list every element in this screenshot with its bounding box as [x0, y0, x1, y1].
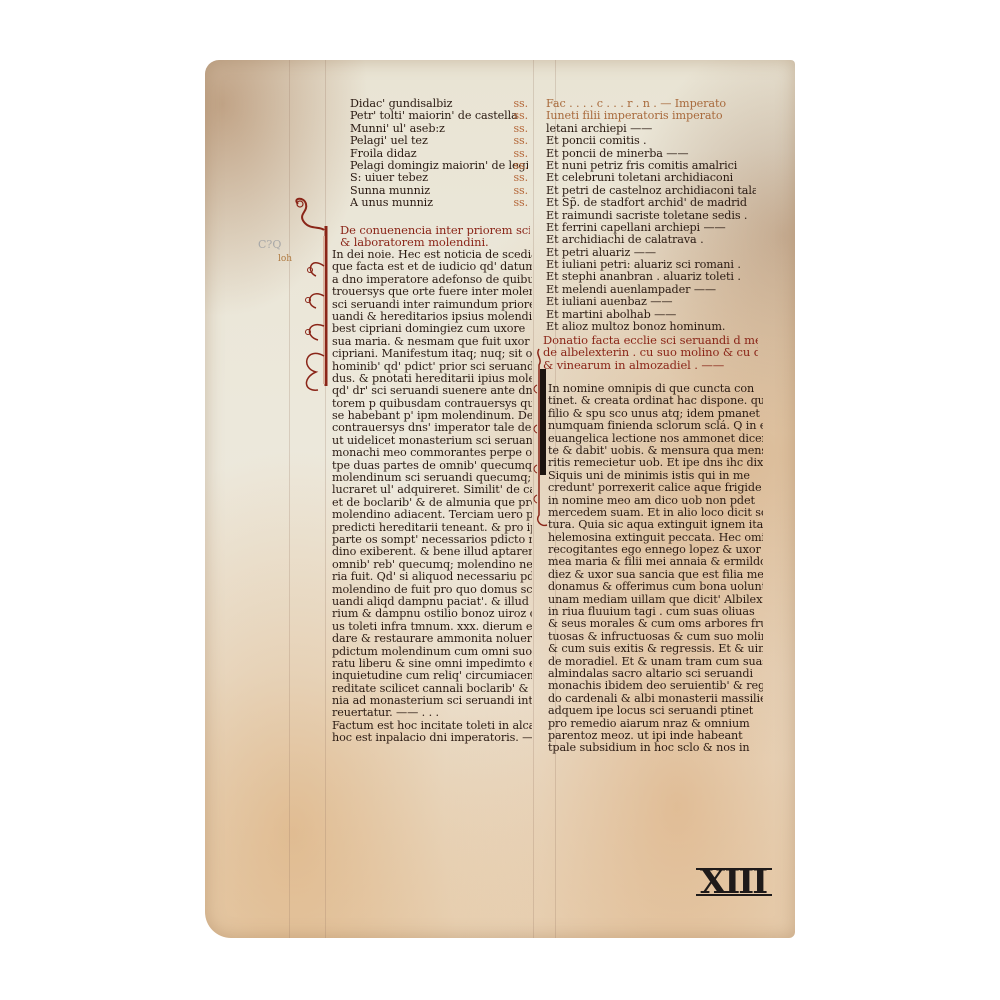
rubric-heading-right: Donatio facta ecclie sci seruandi d medi… — [543, 334, 758, 371]
text-line: hominib' qd' pdict' prior sci seruandi r… — [332, 361, 532, 373]
text-line: qd' dr' sci seruandi suenere ante dnm im… — [332, 385, 532, 397]
folio-number: XIII — [700, 862, 766, 902]
text-line: Siquis uni de minimis istis qui in me — [548, 470, 763, 482]
text-line: torem p quibusdam contrauersys quas int — [332, 398, 532, 410]
rubric-line: & laboratorem molendini. — [340, 236, 530, 248]
text-line: adquem ipe locus sci seruandi ptinet — [548, 705, 763, 717]
text-line: ratu liberu & sine omni impedimto et — [332, 658, 532, 670]
text-line: ritis remecietur uob. Et ipe dns ihc dix… — [548, 457, 763, 469]
text-line: euangelica lectione nos ammonet dicens. … — [548, 433, 763, 445]
text-line: us toleti infra tmnum. xxx. dierum em — [332, 621, 532, 633]
text-line: et de boclarib' & de almunia que predict… — [332, 497, 532, 509]
text-line: Et poncii de minerba —— — [546, 148, 756, 160]
text-line: & cum suis exitis & regressis. Et & uine… — [548, 643, 763, 655]
text-line: diez & uxor sua sancia que est filia mea — [548, 569, 763, 581]
text-line: nia ad monasterium sci seruandi integre — [332, 695, 532, 707]
text-line: predicti hereditarii teneant. & pro ipsa… — [332, 522, 532, 534]
text-line: credunt' porrexerit calice aque frigide — [548, 482, 763, 494]
text-line: sci seruandi inter raimundum priorem sci… — [332, 299, 532, 311]
text-line: Fac . . . . c . . . r . n . — Imperato — [546, 98, 756, 110]
text-line: lucraret ul' adquireret. Similit' de can… — [332, 484, 532, 496]
witness-entry: Pelagi domingiz maiorin' de legion .ss. — [350, 160, 528, 172]
text-line: Et melendi auenlampader —— — [546, 284, 756, 296]
text-line: best cipriani domingiez cum uxore — [332, 323, 532, 335]
text-line: letani archiepi —— — [546, 123, 756, 135]
text-line: te & dabit' uobis. & mensura qua mensi f… — [548, 445, 763, 457]
witness-entry: Froila didazss. — [350, 148, 528, 160]
ruling-line — [289, 60, 290, 938]
text-line: Et martini abolhab —— — [546, 309, 756, 321]
text-line: cipriani. Manifestum itaq; nuq; sit omni… — [332, 348, 532, 360]
text-line: trouersys que orte fuere inter molendinu… — [332, 286, 532, 298]
text-line: Et petri aluariz —— — [546, 247, 756, 259]
witness-entry: S: uiuer tebezss. — [350, 172, 528, 184]
text-line: Et celebruni toletani archidiaconi — [546, 172, 756, 184]
text-line: ut uidelicet monasterium sci seruandi et — [332, 435, 532, 447]
witness-list: Didac' gundisalbizss. Petr' tolti' maior… — [350, 98, 528, 210]
witness-entry: Ã unus munnizss. — [350, 197, 528, 209]
pencil-margin-note: C?Q — [258, 238, 281, 251]
rubric-heading: De conuenencia inter priorem sci seruand… — [340, 224, 530, 249]
text-line: Et nuni petriz fris comitis amalrici — [546, 160, 756, 172]
text-line: Et raimundi sacriste toletane sedis . — [546, 210, 756, 222]
text-line: rium & dampnu ostilio bonoz uiroz cuncta — [332, 608, 532, 620]
text-line: In dei noie. Hec est noticia de scedia — [332, 249, 532, 261]
text-line: parentoz meoz. ut ipi inde habeant — [548, 730, 763, 742]
text-line: Et iuliani auenbaz —— — [546, 296, 756, 308]
witness-entry: Petr' tolti' maiorin' de castellass. — [350, 110, 528, 122]
text-line: dare & restaurare ammonita noluerit. — [332, 633, 532, 645]
text-line: tura. Quia sic aqua extinguit ignem ita — [548, 519, 763, 531]
text-line: hoc est inpalacio dni imperatoris. —— — [332, 732, 532, 744]
text-line: molendino adiacent. Terciam uero partem — [332, 509, 532, 521]
text-line: recogitantes ego ennego lopez & uxor — [548, 544, 763, 556]
text-line: molendinum sci seruandi quecumq; modo — [332, 472, 532, 484]
text-line: Et stephi ananbran . aluariz toleti . — [546, 271, 756, 283]
text-line: Iuneti filii imperatoris imperato — [546, 110, 756, 122]
rubric-line: De conuenencia inter priorem sci seruand… — [340, 224, 530, 236]
text-line: & seus morales & cum oms arbores fruc — [548, 618, 763, 630]
text-line: Et archidiachi de calatrava . — [546, 234, 756, 246]
text-line: helemosina extinguit peccata. Hec omia — [548, 532, 763, 544]
text-line: parte os sompt' necessarios pdicto mole — [332, 534, 532, 546]
text-line: Et petri de castelnoz archidiaconi talau… — [546, 185, 756, 197]
decorated-initial-i-icon — [290, 196, 330, 396]
text-line: Et ferrini capellani archiepi —— — [546, 222, 756, 234]
text-line: do cardenali & albi monasterii massilien — [548, 693, 763, 705]
text-line: reditate scilicet cannali boclarib' & al… — [332, 683, 532, 695]
text-line: filio & spu sco unus atq; idem pmanet p — [548, 408, 763, 420]
charter-text-right: In nomine omnipis di que cuncta con tine… — [548, 383, 763, 755]
witness-entry: Sunna munnizss. — [350, 185, 528, 197]
text-line: mea maria & filii mei annaia & ermildo — [548, 556, 763, 568]
text-line: unam mediam uillam que dicit' Albilexte — [548, 594, 763, 606]
text-line: in nomine meo am dico uob non pdet — [548, 495, 763, 507]
witness-entry: Didac' gundisalbizss. — [350, 98, 528, 110]
text-line: reuertatur. —— . . . — [332, 707, 532, 719]
text-line: a dno imperatore adefonso de quibusdam c… — [332, 274, 532, 286]
text-line: in riua fluuium tagi . cum suas oliuas — [548, 606, 763, 618]
text-line: uandi & hereditarios ipsius molendini ho… — [332, 311, 532, 323]
text-line: Et Sp̃. de stadfort archid' de madrid — [546, 197, 756, 209]
witness-list-right: Fac . . . . c . . . r . n . — Imperato I… — [546, 98, 756, 333]
text-line: monachi meo commorantes perpe omni — [332, 447, 532, 459]
text-line: ria fuit. Qd' si aliquod necessariu pdic… — [332, 571, 532, 583]
text-line: se habebant p' ipm molendinum. De qb' — [332, 410, 532, 422]
text-line: molendino de fuit pro quo domus sci ser — [332, 584, 532, 596]
text-line: que facta est et de iudicio qd' datum es… — [332, 261, 532, 273]
text-line: sua maria. & nesmam que fuit uxor dnici — [332, 336, 532, 348]
text-line: monachis ibidem deo seruientib' & rege — [548, 680, 763, 692]
text-line: tpe duas partes de omnib' quecumq; pe — [332, 460, 532, 472]
text-line: omnib' reb' quecumq; molendino necessa — [332, 559, 532, 571]
text-line: dus. & pnotati hereditarii ipius molendi… — [332, 373, 532, 385]
text-line: Factum est hoc incitate toleti in alcazy… — [332, 720, 532, 732]
text-line: tuosas & infructuosas & cum suo molino — [548, 631, 763, 643]
text-line: pro remedio aiarum nraz & omnium — [548, 718, 763, 730]
witness-entry: Pelagi' uel tezss. — [350, 135, 528, 147]
witness-entry: Munni' ul' aseb:zss. — [350, 123, 528, 135]
text-line: Et poncii comitis . — [546, 135, 756, 147]
rubric-line: de albelexterin . cu suo molino & cu dã … — [543, 346, 758, 358]
text-line: inquietudine cum reliq' circumiacenc he — [332, 670, 532, 682]
text-line: pdictum molendinum cum omni suo appa — [332, 646, 532, 658]
text-line: contrauersys dns' imperator tale dedit i… — [332, 422, 532, 434]
text-line: dino exiberent. & bene illud aptarent. — [332, 546, 532, 558]
text-line: Et iuliani petri: aluariz sci romani . — [546, 259, 756, 271]
rubric-line: Donatio facta ecclie sci seruandi d medi… — [543, 334, 758, 346]
text-line: almindalas sacro altario sci seruandi — [548, 668, 763, 680]
rubric-line: & vinearum in almozadiel . —— — [543, 359, 758, 371]
text-line: tinet. & creata ordinat hac dispone. qui… — [548, 395, 763, 407]
text-line: tpale subsidium in hoc sclo & nos in — [548, 742, 763, 754]
text-line: Et alioz multoz bonoz hominum. — [546, 321, 756, 333]
text-line: mercedem suam. Et in alio loco dicit scr… — [548, 507, 763, 519]
charter-text-left: In dei noie. Hec est noticia de scedia q… — [332, 249, 532, 745]
text-line: uandi aliqd dampnu paciat'. & illud nece… — [332, 596, 532, 608]
text-line: de moradiel. Et & unam tram cum suas — [548, 656, 763, 668]
text-line: numquam finienda sclorum sclá. Q in eccl… — [548, 420, 763, 432]
text-line: In nomine omnipis di que cuncta con — [548, 383, 763, 395]
text-line: donamus & offerimus cum bona uoluntate — [548, 581, 763, 593]
ruling-line — [325, 60, 326, 938]
